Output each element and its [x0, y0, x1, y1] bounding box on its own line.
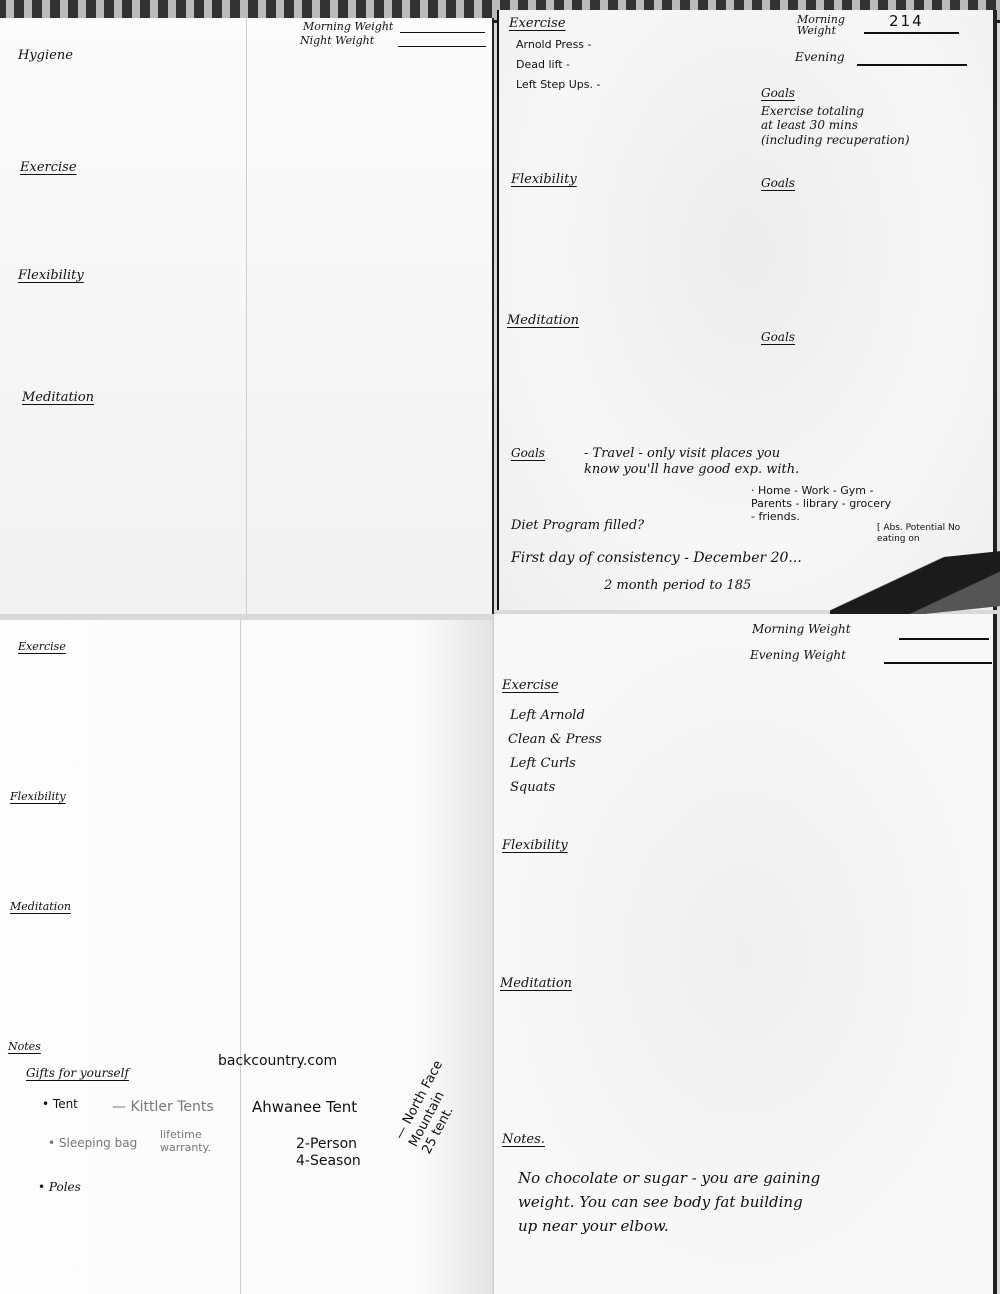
goals-heading: Goals — [761, 176, 795, 190]
tent-brand-option: — Kittler Tents — [112, 1099, 214, 1116]
section-flexibility: Flexibility — [18, 268, 84, 284]
flexibility-heading: Flexibility — [502, 838, 568, 854]
notes-heading: Notes. — [502, 1132, 545, 1148]
bullet-item: • Poles — [38, 1180, 81, 1194]
morning-weight-label: Morning Weight — [797, 14, 857, 36]
meditation-heading: Meditation — [507, 313, 579, 329]
gifts-heading: Gifts for yourself — [26, 1066, 129, 1080]
morning-weight-label: Morning Weight — [303, 20, 393, 33]
flexibility-heading: Flexibility — [511, 172, 577, 188]
page-bottom-left: Exercise Flexibility Meditation Notes Gi… — [0, 620, 492, 1294]
page-top-left: Morning Weight Night Weight Hygiene Exer… — [0, 18, 494, 614]
notes-heading: Notes — [8, 1040, 41, 1053]
goals-heading: Goals — [761, 330, 795, 344]
exercise-item: Left Arnold — [510, 708, 585, 724]
goals-travel-text: - Travel - only visit places you know yo… — [584, 446, 799, 477]
evening-weight-label: Evening — [795, 50, 845, 64]
exercise-item: Clean & Press — [508, 732, 602, 748]
exercise-item: Arnold Press - — [516, 38, 592, 51]
page-top-right: Exercise Arnold Press - Dead lift - Left… — [497, 10, 997, 610]
goals-heading: Goals — [511, 446, 545, 460]
section-exercise: Exercise — [20, 160, 77, 176]
exercise-item: Dead lift - — [516, 58, 570, 71]
tent-spec: 2-Person 4-Season — [296, 1136, 361, 1170]
page-bottom-right: Morning Weight Evening Weight Exercise L… — [493, 614, 997, 1294]
bullet-item: • Sleeping bag — [48, 1136, 137, 1150]
north-face-note: — North Face Mountain 25 tent. — [392, 1058, 474, 1157]
meditation-heading: Meditation — [500, 976, 572, 992]
exercise-item: Left Curls — [510, 756, 576, 772]
goals-text: Exercise totaling at least 30 mins (incl… — [761, 104, 910, 147]
tent-brand: Ahwanee Tent — [252, 1098, 357, 1116]
section-exercise: Exercise — [18, 640, 66, 653]
first-day-note: First day of consistency - December 20..… — [511, 550, 802, 567]
section-flexibility: Flexibility — [10, 790, 66, 803]
bracket-note: [ Abs. Potential No eating on — [877, 523, 960, 545]
section-hygiene: Hygiene — [18, 48, 73, 64]
places-list: · Home - Work - Gym - Parents - library … — [751, 484, 891, 524]
exercise-heading: Exercise — [509, 16, 566, 32]
night-weight-label: Night Weight — [300, 34, 374, 47]
exercise-item: Left Step Ups. - — [516, 78, 600, 91]
two-month-note: 2 month period to 185 — [604, 578, 751, 594]
bullet-item: • Tent — [42, 1097, 78, 1111]
goals-heading: Goals — [761, 86, 795, 100]
evening-weight-label: Evening Weight — [750, 648, 846, 662]
diet-program-note: Diet Program filled? — [511, 518, 644, 534]
exercise-heading: Exercise — [502, 678, 559, 694]
backcountry-url: backcountry.com — [218, 1053, 337, 1070]
section-meditation: Meditation — [22, 390, 94, 406]
morning-weight-label: Morning Weight — [752, 622, 851, 636]
exercise-item: Squats — [510, 780, 555, 796]
section-meditation: Meditation — [10, 900, 71, 913]
warranty-note: lifetime warranty. — [160, 1128, 211, 1154]
notes-text: No chocolate or sugar - you are gaining … — [518, 1166, 820, 1238]
morning-weight-value: 214 — [889, 12, 924, 30]
